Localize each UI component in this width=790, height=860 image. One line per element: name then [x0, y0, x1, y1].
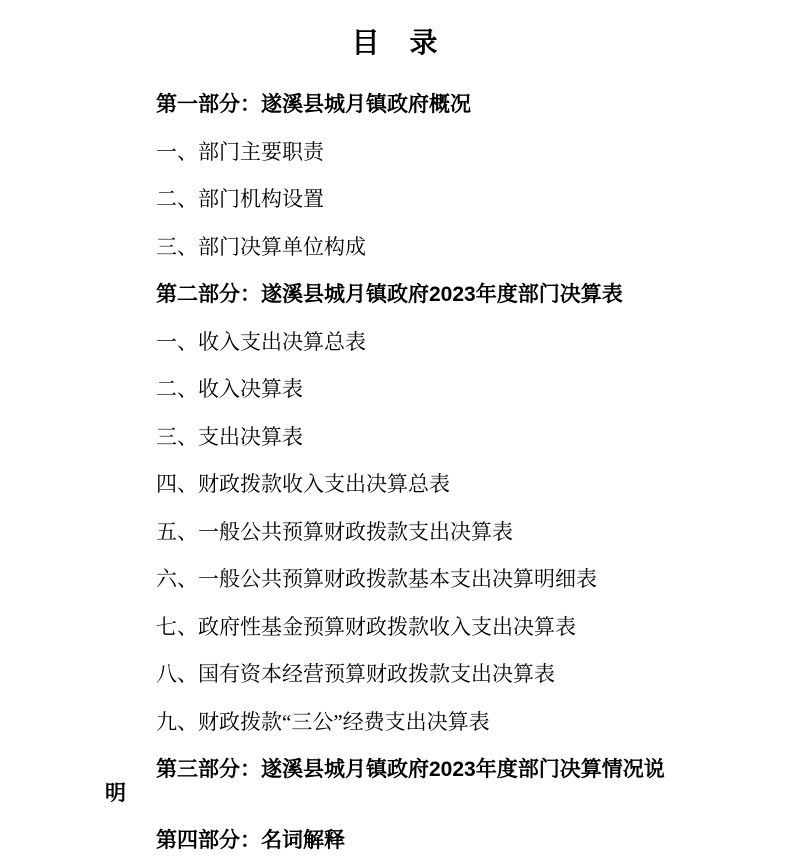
- document-title: 目 录: [0, 26, 790, 60]
- toc-heading-part2: 第二部分：遂溪县城月镇政府2023年度部门决算表: [105, 283, 670, 307]
- toc-item: 三、支出决算表: [105, 426, 670, 450]
- toc-item: 九、财政拨款“三公”经费支出决算表: [105, 711, 670, 735]
- table-of-contents: 第一部分：遂溪县城月镇政府概况 一、部门主要职责 二、部门机构设置 三、部门决算…: [0, 93, 790, 853]
- toc-item: 七、政府性基金预算财政拨款收入支出决算表: [105, 616, 670, 640]
- toc-heading-part3: 第三部分：遂溪县城月镇政府2023年度部门决算情况说明: [105, 758, 670, 805]
- toc-item: 六、一般公共预算财政拨款基本支出决算明细表: [105, 568, 670, 592]
- toc-item: 八、国有资本经营预算财政拨款支出决算表: [105, 663, 670, 687]
- toc-item: 二、收入决算表: [105, 378, 670, 402]
- toc-heading-part1: 第一部分：遂溪县城月镇政府概况: [105, 93, 670, 117]
- toc-item: 一、部门主要职责: [105, 141, 670, 165]
- toc-item: 四、财政拨款收入支出决算总表: [105, 473, 670, 497]
- document-page: 目 录 第一部分：遂溪县城月镇政府概况 一、部门主要职责 二、部门机构设置 三、…: [0, 0, 790, 860]
- toc-item: 五、一般公共预算财政拨款支出决算表: [105, 521, 670, 545]
- toc-item: 二、部门机构设置: [105, 188, 670, 212]
- toc-heading-part4: 第四部分：名词解释: [105, 829, 670, 853]
- toc-item: 一、收入支出决算总表: [105, 331, 670, 355]
- toc-item: 三、部门决算单位构成: [105, 236, 670, 260]
